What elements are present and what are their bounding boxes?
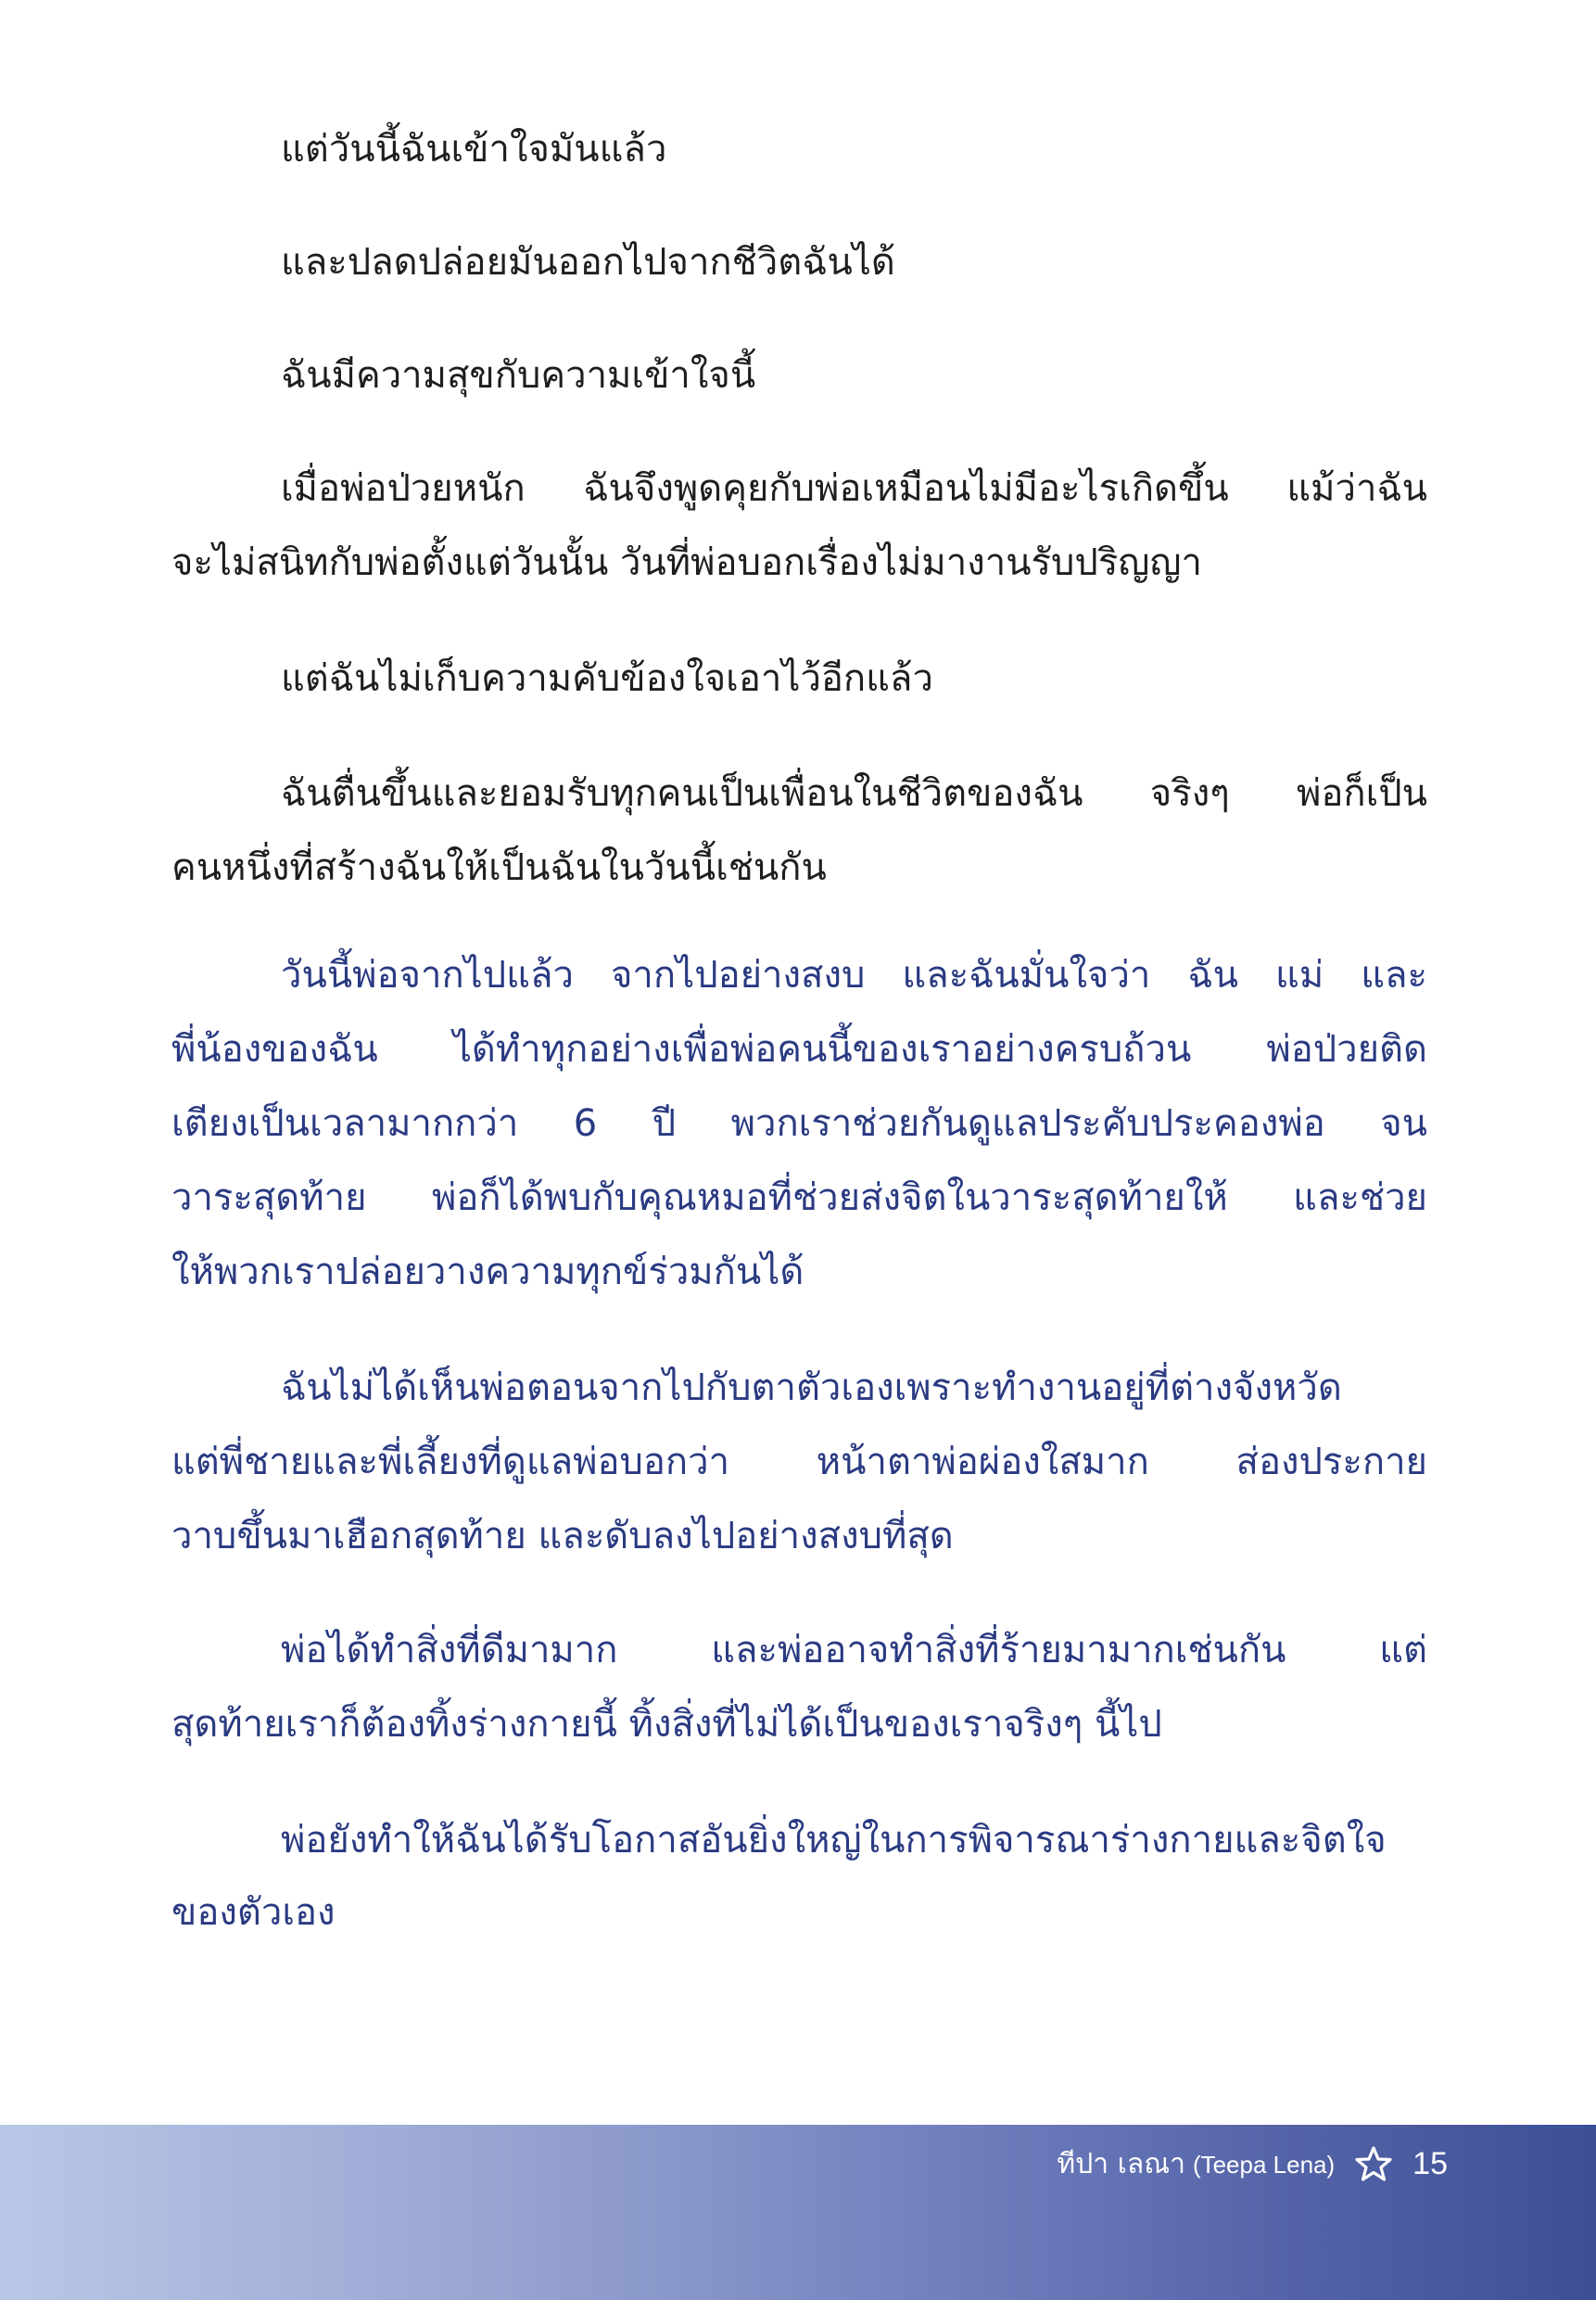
paragraph-line: จะไม่สนิทกับพ่อตั้งแต่วันนั้น วันที่พ่อบ… [171,535,1427,591]
star-outline-icon [1355,2145,1392,2182]
paragraph-line: ฉันตื่นขึ้นและยอมรับทุกคนเป็นเพื่อนในชีว… [281,766,1427,821]
paragraph-line: คนหนึ่งที่สร้างฉันให้เป็นฉันในวันนี้เช่น… [171,840,1427,896]
page-footer: ทีปา เลณา (Teepa Lena) 15 [0,2125,1596,2300]
paragraph-line: ของตัวเอง [171,1885,1427,1940]
paragraph-line: พ่อยังทำให้ฉันได้รับโอกาสอันยิ่งใหญ่ในกา… [281,1812,1427,1868]
paragraph-line: ฉันมีความสุขกับความเข้าใจนี้ [281,348,1427,403]
paragraph-line: วันนี้พ่อจากไปแล้ว จากไปอย่างสงบ และฉันม… [281,947,1427,1003]
paragraph-line: พี่น้องของฉัน ได้ทำทุกอย่างเพื่อพ่อคนนี้… [171,1022,1427,1077]
paragraph-line: ฉันไม่ได้เห็นพ่อตอนจากไปกับตาตัวเองเพราะ… [281,1360,1427,1416]
paragraph-line: แต่วันนี้ฉันเข้าใจมันแล้ว [281,121,1427,177]
paragraph-line: วาบขึ้นมาเฮือกสุดท้าย และดับลงไปอย่างสงบ… [171,1508,1427,1564]
paragraph-line: พ่อได้ทำสิ่งที่ดีมามาก และพ่ออาจทำสิ่งที… [281,1622,1427,1678]
author-name-latin: (Teepa Lena) [1193,2151,1335,2179]
paragraph-line: เมื่อพ่อป่วยหนัก ฉันจึงพูดคุยกับพ่อเหมือ… [281,461,1427,516]
paragraph-line: และปลดปล่อยมันออกไปจากชีวิตฉันได้ [281,235,1427,290]
page-number: 15 [1412,2146,1448,2182]
paragraph-line: แต่พี่ชายและพี่เลี้ยงที่ดูแลพ่อบอกว่า หน… [171,1434,1427,1490]
paragraph-line: วาระสุดท้าย พ่อก็ได้พบกับคุณหมอที่ช่วยส่… [171,1170,1427,1226]
author-name-thai: ทีปา เลณา [1057,2142,1185,2186]
paragraph-line: ให้พวกเราปล่อยวางความทุกข์ร่วมกันได้ [171,1244,1427,1300]
paragraph-line: สุดท้ายเราก็ต้องทิ้งร่างกายนี้ ทิ้งสิ่งท… [171,1696,1427,1752]
paragraph-line: เตียงเป็นเวลามากกว่า 6 ปี พวกเราช่วยกันด… [171,1096,1427,1151]
paragraph-line: แต่ฉันไม่เก็บความคับข้องใจเอาไว้อีกแล้ว [281,651,1427,706]
author-credit: ทีปา เลณา (Teepa Lena) [1057,2142,1335,2186]
footer-row: ทีปา เลณา (Teepa Lena) 15 [1057,2143,1448,2184]
